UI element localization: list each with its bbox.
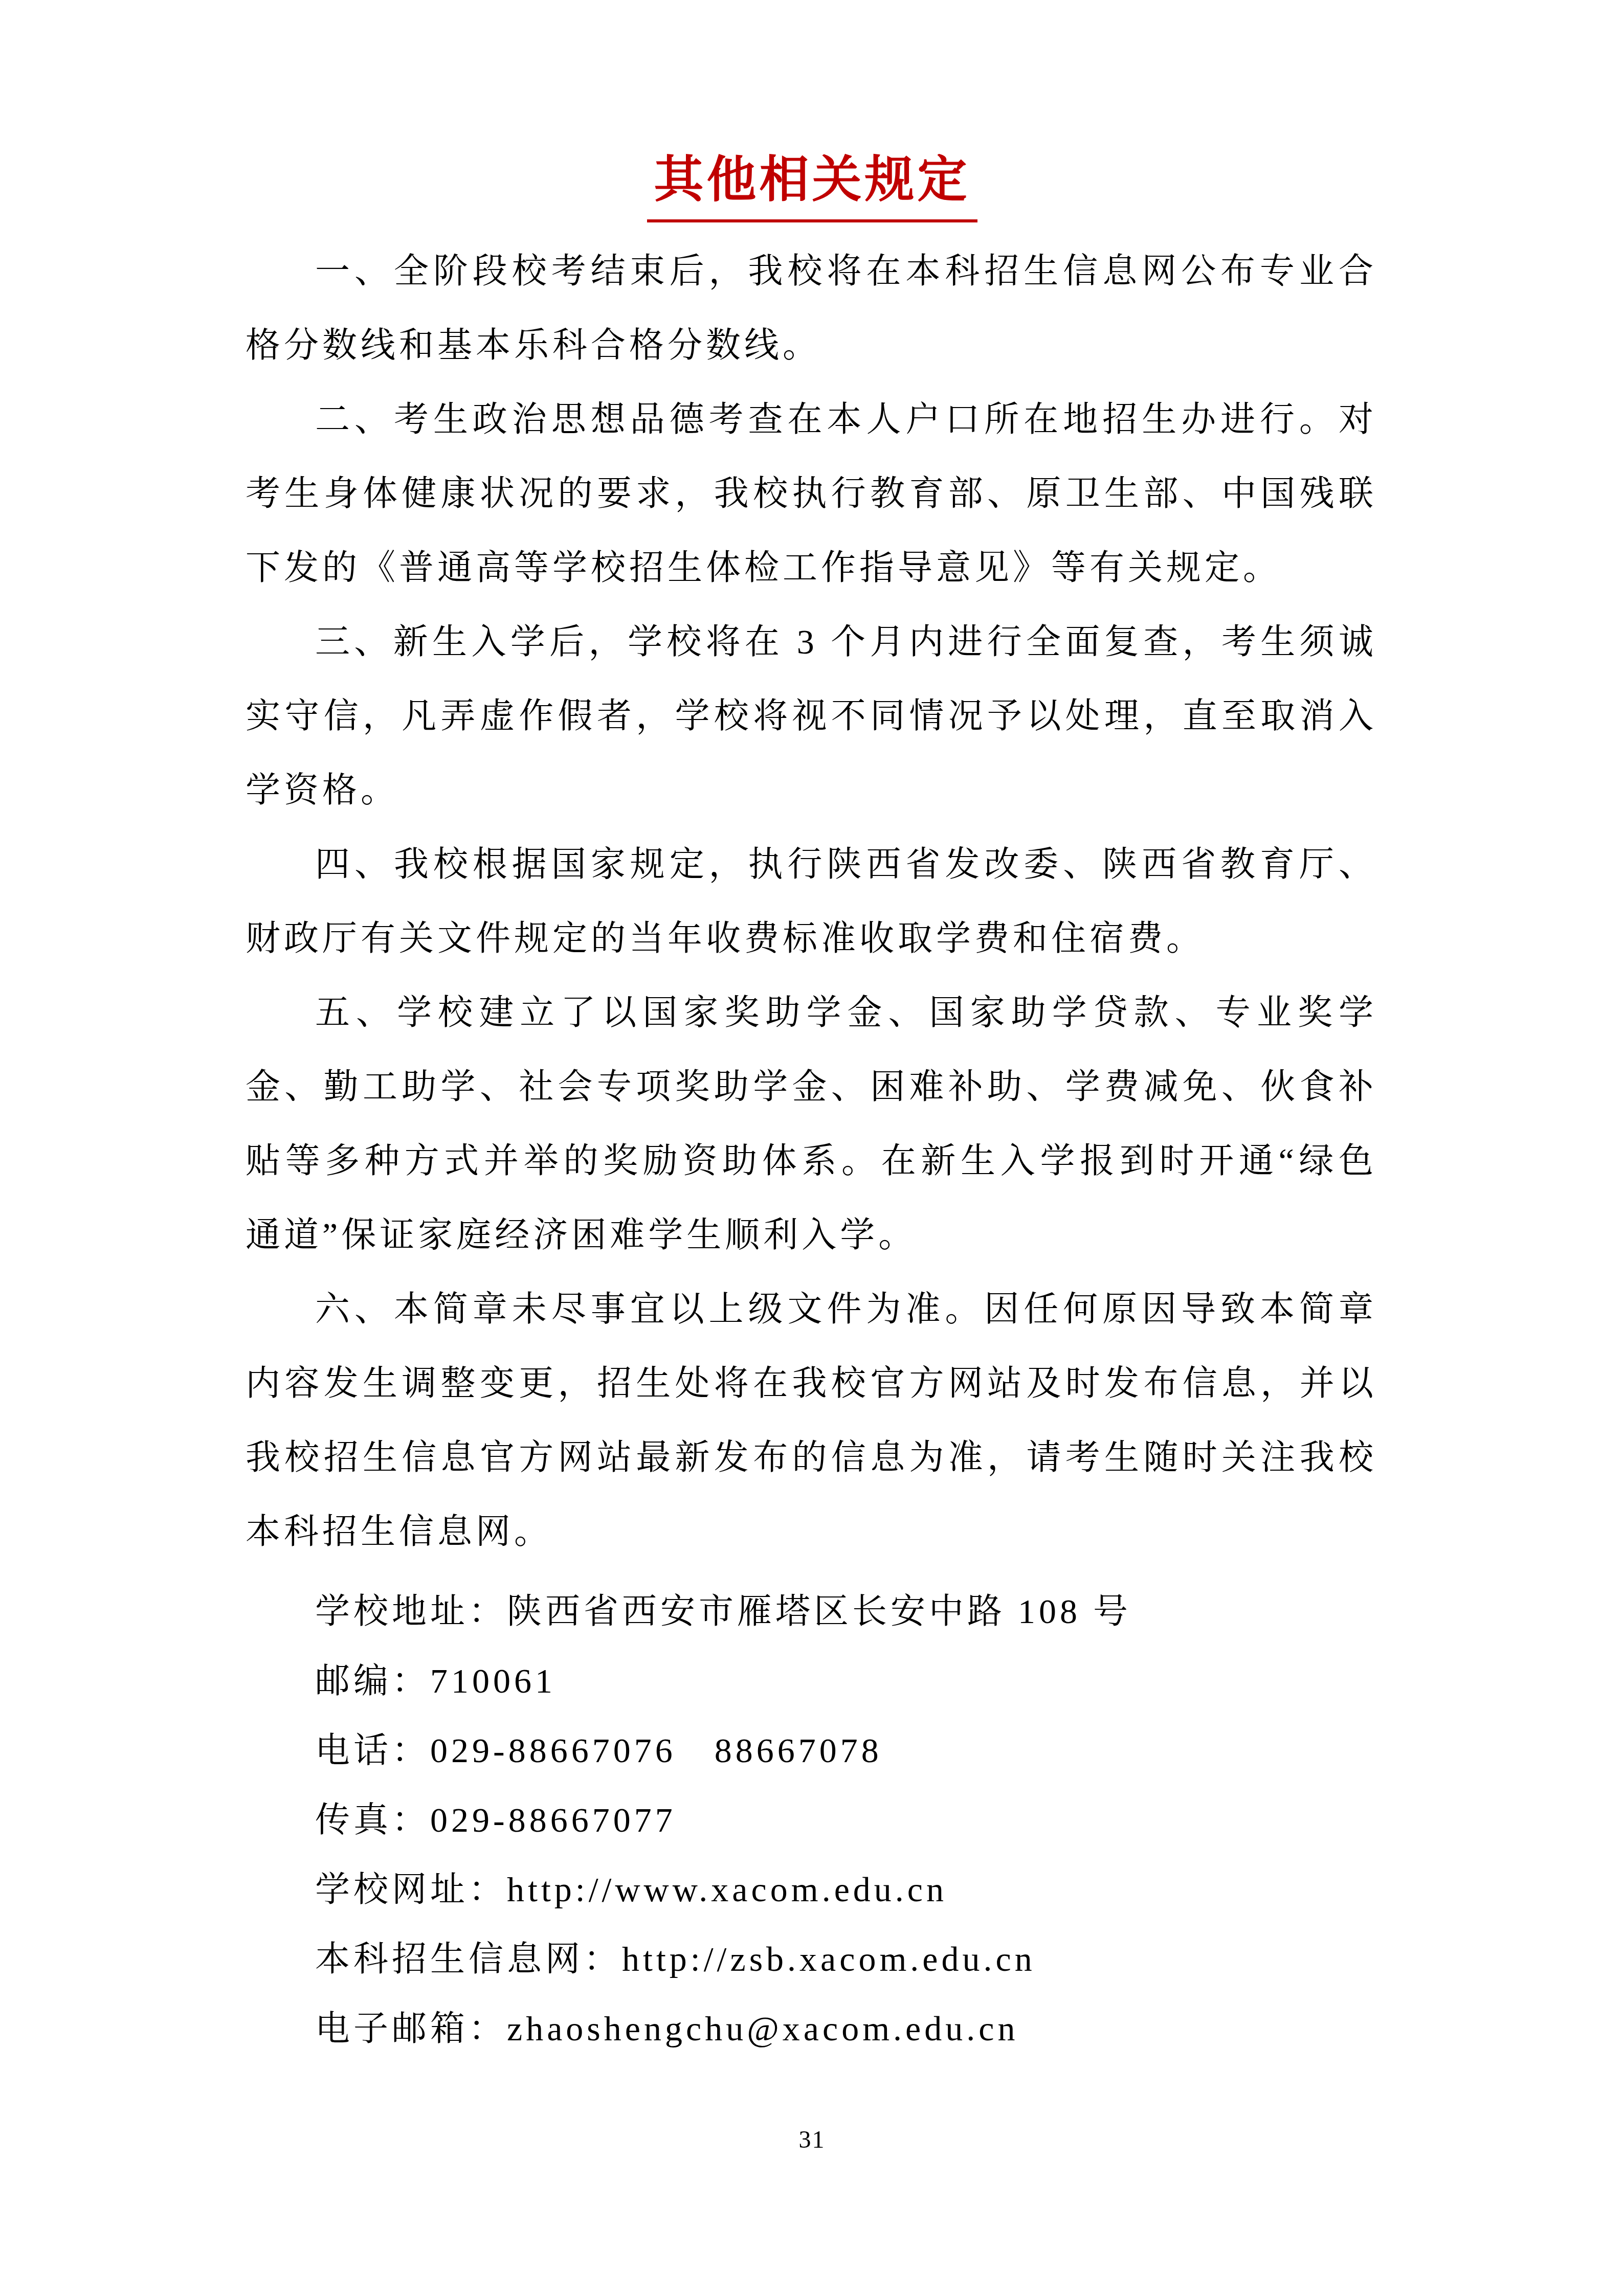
paragraph-1: 一、全阶段校考结束后，我校将在本科招生信息网公布专业合格分数线和基本乐科合格分数… [246,234,1377,382]
document-page: 其他相关规定 一、全阶段校考结束后，我校将在本科招生信息网公布专业合格分数线和基… [0,0,1624,2296]
contact-school-website: 学校网址：http://www.xacom.edu.cn [246,1855,1377,1924]
paragraph-6: 六、本简章未尽事宜以上级文件为准。因任何原因导致本简章内容发生调整变更，招生处将… [246,1272,1377,1569]
contact-email: 电子邮箱：zhaoshengchu@xacom.edu.cn [246,1994,1377,2063]
contact-fax: 传真：029-88667077 [246,1785,1377,1855]
contact-phone: 电话：029-88667076 88667078 [246,1716,1377,1785]
paragraph-2: 二、考生政治思想品德考查在本人户口所在地招生办进行。对考生身体健康状况的要求，我… [246,382,1377,605]
page-title: 其他相关规定 [0,154,1624,222]
paragraph-3: 三、新生入学后，学校将在 3 个月内进行全面复查，考生须诚实守信，凡弄虚作假者，… [246,605,1377,827]
contact-admissions-website: 本科招生信息网：http://zsb.xacom.edu.cn [246,1924,1377,1994]
contact-postal-code: 邮编：710061 [246,1646,1377,1716]
document-body: 一、全阶段校考结束后，我校将在本科招生信息网公布专业合格分数线和基本乐科合格分数… [246,234,1377,1569]
page-title-text: 其他相关规定 [647,154,977,222]
page-number: 31 [0,2125,1624,2155]
contact-school-address: 学校地址：陕西省西安市雁塔区长安中路 108 号 [246,1577,1377,1646]
paragraph-4: 四、我校根据国家规定，执行陕西省发改委、陕西省教育厅、财政厅有关文件规定的当年收… [246,827,1377,976]
paragraph-5: 五、学校建立了以国家奖助学金、国家助学贷款、专业奖学金、勤工助学、社会专项奖助学… [246,976,1377,1272]
contact-block: 学校地址：陕西省西安市雁塔区长安中路 108 号 邮编：710061 电话：02… [246,1577,1377,2063]
